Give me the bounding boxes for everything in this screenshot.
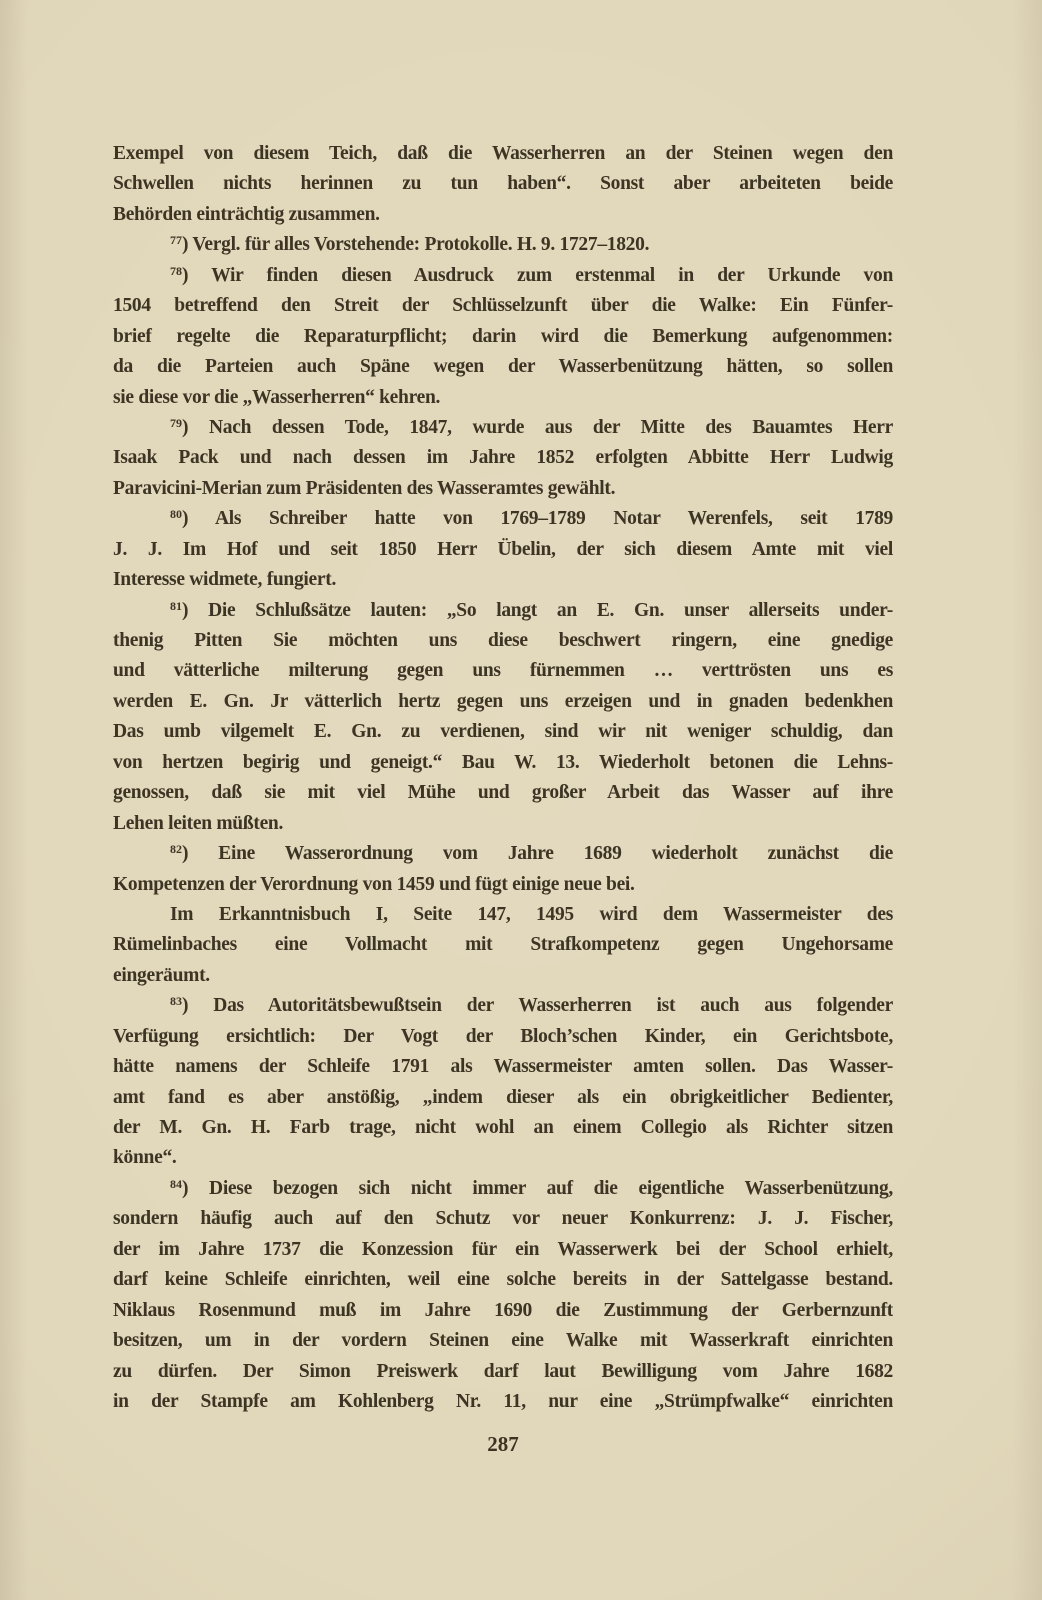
footnote-number: 80	[170, 507, 182, 521]
text-line: 84) Diese bezogen sich nicht immer auf d…	[113, 1174, 893, 1204]
text-line: und vätterliche milterung gegen uns fürn…	[113, 656, 893, 686]
text-line: Interesse widmete, fungiert.	[113, 565, 893, 595]
text-line: 79) Nach dessen Tode, 1847, wurde aus de…	[113, 413, 893, 443]
text-line: 83) Das Autoritätsbewußtsein der Wasserh…	[113, 991, 893, 1021]
text-line: eingeräumt.	[113, 961, 893, 991]
text-line: sondern häufig auch auf den Schutz vor n…	[113, 1204, 893, 1234]
text-line: der im Jahre 1737 die Konzession für ein…	[113, 1235, 893, 1265]
footnote-number: 82	[170, 842, 182, 856]
text-line: thenig Pitten Sie möchten uns diese besc…	[113, 626, 893, 656]
text-line: in der Stampfe am Kohlenberg Nr. 11, nur…	[113, 1387, 893, 1417]
text-line: Niklaus Rosenmund muß im Jahre 1690 die …	[113, 1296, 893, 1326]
footnote-number: 83	[170, 994, 182, 1008]
text-line: werden E. Gn. Jr vätterlich hertz gegen …	[113, 687, 893, 717]
text-line: Rümelinbaches eine Vollmacht mit Strafko…	[113, 930, 893, 960]
text-line: Isaak Pack und nach dessen im Jahre 1852…	[113, 443, 893, 473]
scanned-book-page: Exempel von diesem Teich, daß die Wasser…	[0, 0, 1042, 1600]
text-line: hätte namens der Schleife 1791 als Wasse…	[113, 1052, 893, 1082]
text-line: von hertzen begirig und geneigt.“ Bau W.…	[113, 748, 893, 778]
text-line: Schwellen nichts herinnen zu tun haben“.…	[113, 169, 893, 199]
text-line: 82) Eine Wasserordnung vom Jahre 1689 wi…	[113, 839, 893, 869]
text-line: Lehen leiten müßten.	[113, 809, 893, 839]
text-line: sie diese vor die „Wasserherren“ kehren.	[113, 383, 893, 413]
text-line: Im Erkanntnisbuch I, Seite 147, 1495 wir…	[113, 900, 893, 930]
text-line: Paravicini-Merian zum Präsidenten des Wa…	[113, 474, 893, 504]
text-line: Kompetenzen der Verordnung von 1459 und …	[113, 870, 893, 900]
text-line: könne“.	[113, 1143, 893, 1173]
text-line: genossen, daß sie mit viel Mühe und groß…	[113, 778, 893, 808]
text-line: 81) Die Schlußsätze lauten: „So langt an…	[113, 596, 893, 626]
text-line: amt fand es aber anstößig, „indem dieser…	[113, 1083, 893, 1113]
text-line: Verfügung ersichtlich: Der Vogt der Bloc…	[113, 1022, 893, 1052]
footnote-number: 81	[170, 599, 182, 613]
text-line: da die Parteien auch Späne wegen der Was…	[113, 352, 893, 382]
footnote-number: 84	[170, 1177, 182, 1191]
text-line: 77) Vergl. für alles Vorstehende: Protok…	[113, 230, 893, 260]
text-line: 80) Als Schreiber hatte von 1769–1789 No…	[113, 504, 893, 534]
text-line: 1504 betreffend den Streit der Schlüssel…	[113, 291, 893, 321]
text-line: brief regelte die Reparaturpflicht; dari…	[113, 322, 893, 352]
text-line: darf keine Schleife einrichten, weil ein…	[113, 1265, 893, 1295]
footnote-number: 77	[170, 233, 182, 247]
text-line: 78) Wir finden diesen Ausdruck zum erste…	[113, 261, 893, 291]
text-line: besitzen, um in der vordern Steinen eine…	[113, 1326, 893, 1356]
text-line: zu dürfen. Der Simon Preiswerk darf laut…	[113, 1357, 893, 1387]
text-line: Behörden einträchtig zusammen.	[113, 200, 893, 230]
footnote-number: 78	[170, 264, 182, 278]
text-line: J. J. Im Hof und seit 1850 Herr Übelin, …	[113, 535, 893, 565]
text-line: der M. Gn. H. Farb trage, nicht wohl an …	[113, 1113, 893, 1143]
footnote-number: 79	[170, 416, 182, 430]
text-line: Exempel von diesem Teich, daß die Wasser…	[113, 139, 893, 169]
text-block: Exempel von diesem Teich, daß die Wasser…	[113, 139, 893, 1417]
text-line: Das umb vilgemelt E. Gn. zu verdienen, s…	[113, 717, 893, 747]
page-number: 287	[113, 1432, 893, 1457]
